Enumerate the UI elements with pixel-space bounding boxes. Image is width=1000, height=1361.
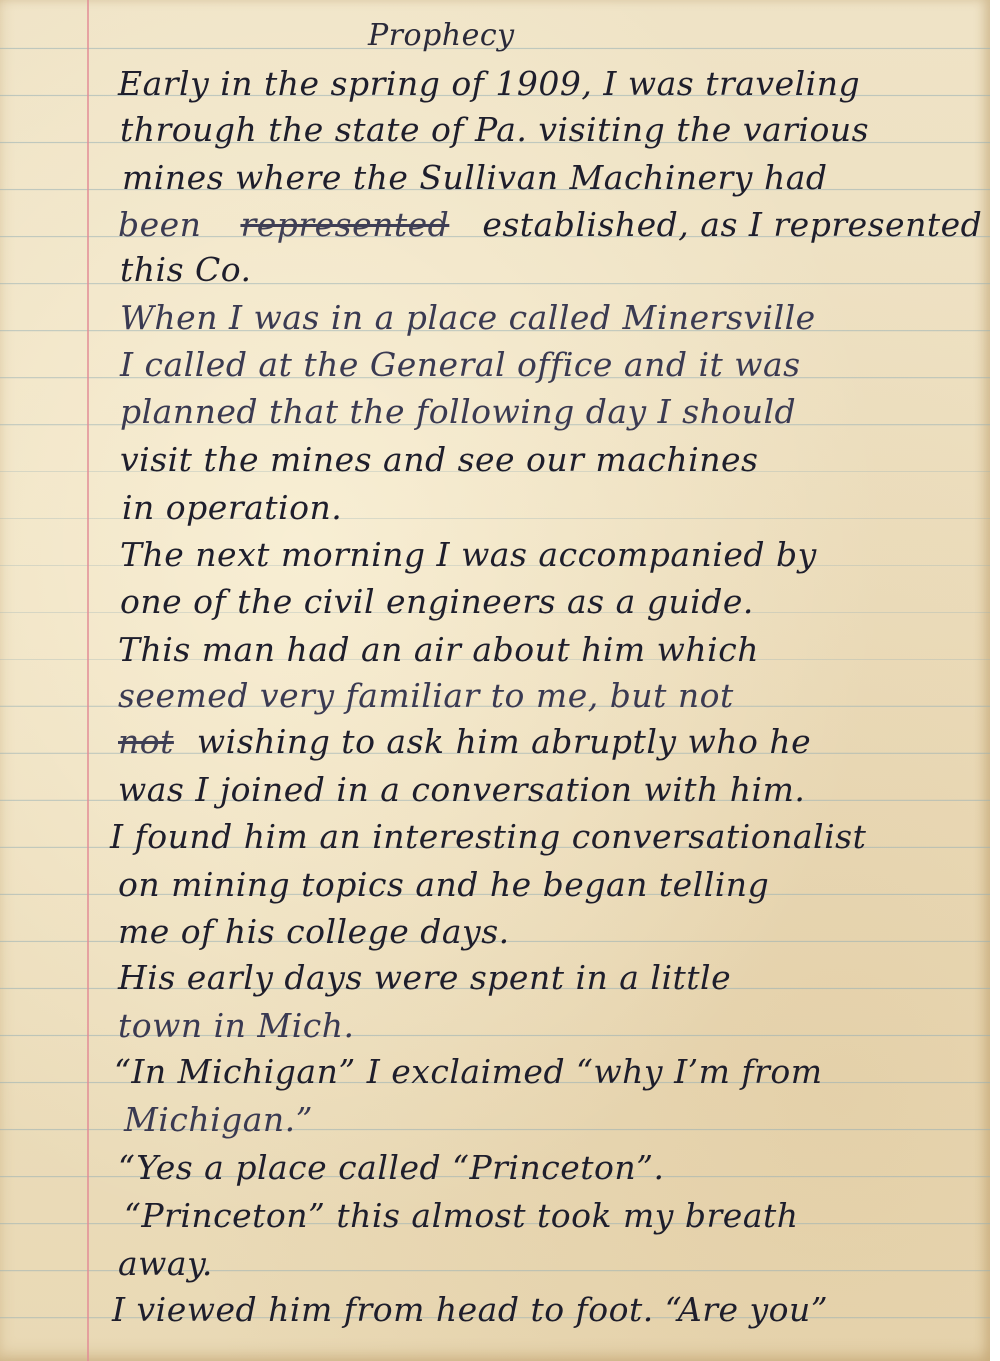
notebook-page: Prophecy Early in the spring of 1909, I … — [0, 0, 990, 1361]
text-line: been represented established, as I repre… — [118, 205, 982, 244]
text-line: “Yes a place called “Princeton”. — [118, 1148, 665, 1187]
text-line: This man had an air about him which — [118, 630, 759, 669]
text-line: His early days were spent in a little — [118, 958, 731, 997]
text-line: I found him an interesting conversationa… — [110, 817, 866, 856]
text-line: town in Mich. — [118, 1006, 355, 1045]
handwritten-text: Prophecy Early in the spring of 1909, I … — [0, 0, 990, 1361]
text-line: Early in the spring of 1909, I was trave… — [118, 64, 860, 103]
text-line: me of his college days. — [118, 912, 510, 951]
text-line: one of the civil engineers as a guide. — [120, 582, 754, 621]
text-line: “In Michigan” I exclaimed “why I’m from — [114, 1052, 823, 1091]
text-line: When I was in a place called Minersville — [120, 298, 816, 337]
text-line: I called at the General office and it wa… — [120, 345, 801, 384]
text-line: “Princeton” this almost took my breath — [124, 1196, 799, 1235]
struck-word: represented — [240, 205, 449, 244]
text-line: away. — [118, 1244, 213, 1283]
text-word: wishing to ask him abruptly who he — [197, 722, 811, 761]
text-line: mines where the Sullivan Machinery had — [122, 158, 828, 197]
text-line: was I joined in a conversation with him. — [118, 770, 805, 809]
text-line: seemed very familiar to me, but not — [118, 676, 734, 715]
text-line: this Co. — [120, 250, 252, 289]
text-line: visit the mines and see our machines — [120, 440, 758, 479]
text-line: not wishing to ask him abruptly who he — [118, 722, 811, 761]
text-line: on mining topics and he began telling — [118, 865, 769, 904]
page-title: Prophecy — [368, 18, 515, 53]
text-line: planned that the following day I should — [120, 392, 796, 431]
text-line: The next morning I was accompanied by — [120, 535, 817, 574]
text-word: established, as I represented — [482, 205, 982, 244]
struck-word: not — [118, 722, 174, 761]
text-line: Michigan.” — [124, 1100, 313, 1139]
text-word: been — [118, 205, 201, 244]
text-line: I viewed him from head to foot. “Are you… — [112, 1290, 828, 1329]
text-line: through the state of Pa. visiting the va… — [120, 110, 869, 149]
text-line: in operation. — [122, 488, 342, 527]
